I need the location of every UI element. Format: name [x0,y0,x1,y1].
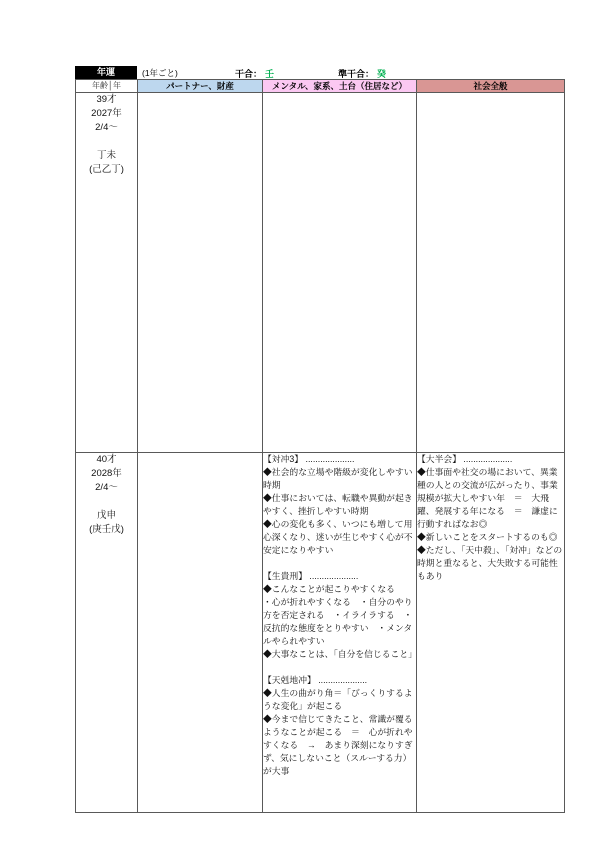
mental-paragraph: ◆人生の曲がり角＝「びっくりするような変化」が起こる [263,687,416,713]
table-title-row: 年運 (1年ごと) 干合：壬 準干合：癸 [75,66,564,79]
society-paragraph: ◆ただし、「天中殺」、「対冲」などの時期と重なると、大失敗する可能性もあり [417,544,564,583]
column-header-mental: メンタル、家系、土台（住居など） [263,80,417,93]
column-header-society: 社会全般 [417,80,565,93]
hidden-stems-text: (庚壬戊) [76,523,137,537]
partner-cell-2027 [138,93,263,453]
mental-paragraph: ◆社会的な立場や階級が変化しやすい時期 [263,466,416,492]
mental-paragraph: ◆心の変化も多く、いつにも増して用心深くなり、迷いが生じやすく心が不安定になりや… [263,518,416,557]
year-luck-title: 年運 [75,66,137,79]
blank-line [263,557,416,570]
section-title-taichu: 【対冲3】 .................... [263,453,416,466]
mental-paragraph: ◆仕事においては、転職や異動が起きやすく、挫折しやすい時期 [263,492,416,518]
year-luck-table: 年齢│年 パートナー、財産 メンタル、家系、土台（住居など） 社会全般 39才 … [75,79,565,813]
mental-paragraph: ・心が折れやすくなる ・自分のやり方を否定される ・イライラする ・反抗的な態度… [263,596,416,648]
document-page: 年運 (1年ごと) 干合：壬 準干合：癸 年齢│年 パートナー、財産 メンタル、… [0,0,600,849]
year-text: 2027年 [76,107,137,121]
kango-label: 干合： [235,69,262,79]
age-text: 39才 [76,93,137,107]
mental-paragraph: ◆こんなことが起こりやすくなる [263,583,416,596]
kango-value: 壬 [265,69,274,79]
society-cell-2027 [417,93,565,453]
stem-branch-text: 丁未 [76,149,137,163]
mental-paragraph: ◆今まで信じてきたこと、常識が覆るようなことが起こる ＝ 心が折れやすくなる →… [263,713,416,778]
blank-line [263,661,416,674]
table-row-2027: 39才 2027年 2/4～ 丁未 (己乙丁) [76,93,565,453]
age-text: 40才 [76,453,137,467]
spacer-line [76,495,137,509]
column-header-age: 年齢│年 [76,80,138,93]
mental-paragraph: ◆大事なことは、「自分を信じること」 [263,648,416,661]
age-year-cell-2027: 39才 2027年 2/4～ 丁未 (己乙丁) [76,93,138,453]
society-paragraph: ◆新しいことをスタートするのも◎ [417,531,564,544]
year-luck-subtitle: (1年ごと) [142,67,178,79]
jun-kango-value: 癸 [377,69,386,79]
header-row: 年齢│年 パートナー、財産 メンタル、家系、土台（住居など） 社会全般 [76,80,565,93]
section-title-tenkokuchichu: 【天剋地冲】 .................... [263,674,416,687]
section-title-seikikei: 【生貴刑】 .................... [263,570,416,583]
mental-cell-2027 [263,93,417,453]
start-date-text: 2/4～ [76,121,137,135]
partner-cell-2028 [138,453,263,813]
column-header-partner: パートナー、財産 [138,80,263,93]
stem-branch-text: 戊申 [76,509,137,523]
start-date-text: 2/4～ [76,481,137,495]
section-title-daihankai: 【大半会】 .................... [417,453,564,466]
society-paragraph: ◆仕事面や社交の場において、異業種の人との交流が広がったり、事業規模が拡大しやす… [417,466,564,531]
year-text: 2028年 [76,467,137,481]
age-year-cell-2028: 40才 2028年 2/4～ 戊申 (庚壬戊) [76,453,138,813]
spacer-line [76,135,137,149]
hidden-stems-text: (己乙丁) [76,163,137,177]
mental-cell-2028: 【対冲3】 .................... ◆社会的な立場や階級が変化… [263,453,417,813]
society-cell-2028: 【大半会】 .................... ◆仕事面や社交の場において… [417,453,565,813]
jun-kango-label: 準干合： [338,69,374,79]
table-row-2028: 40才 2028年 2/4～ 戊申 (庚壬戊) 【対冲3】 ..........… [76,453,565,813]
